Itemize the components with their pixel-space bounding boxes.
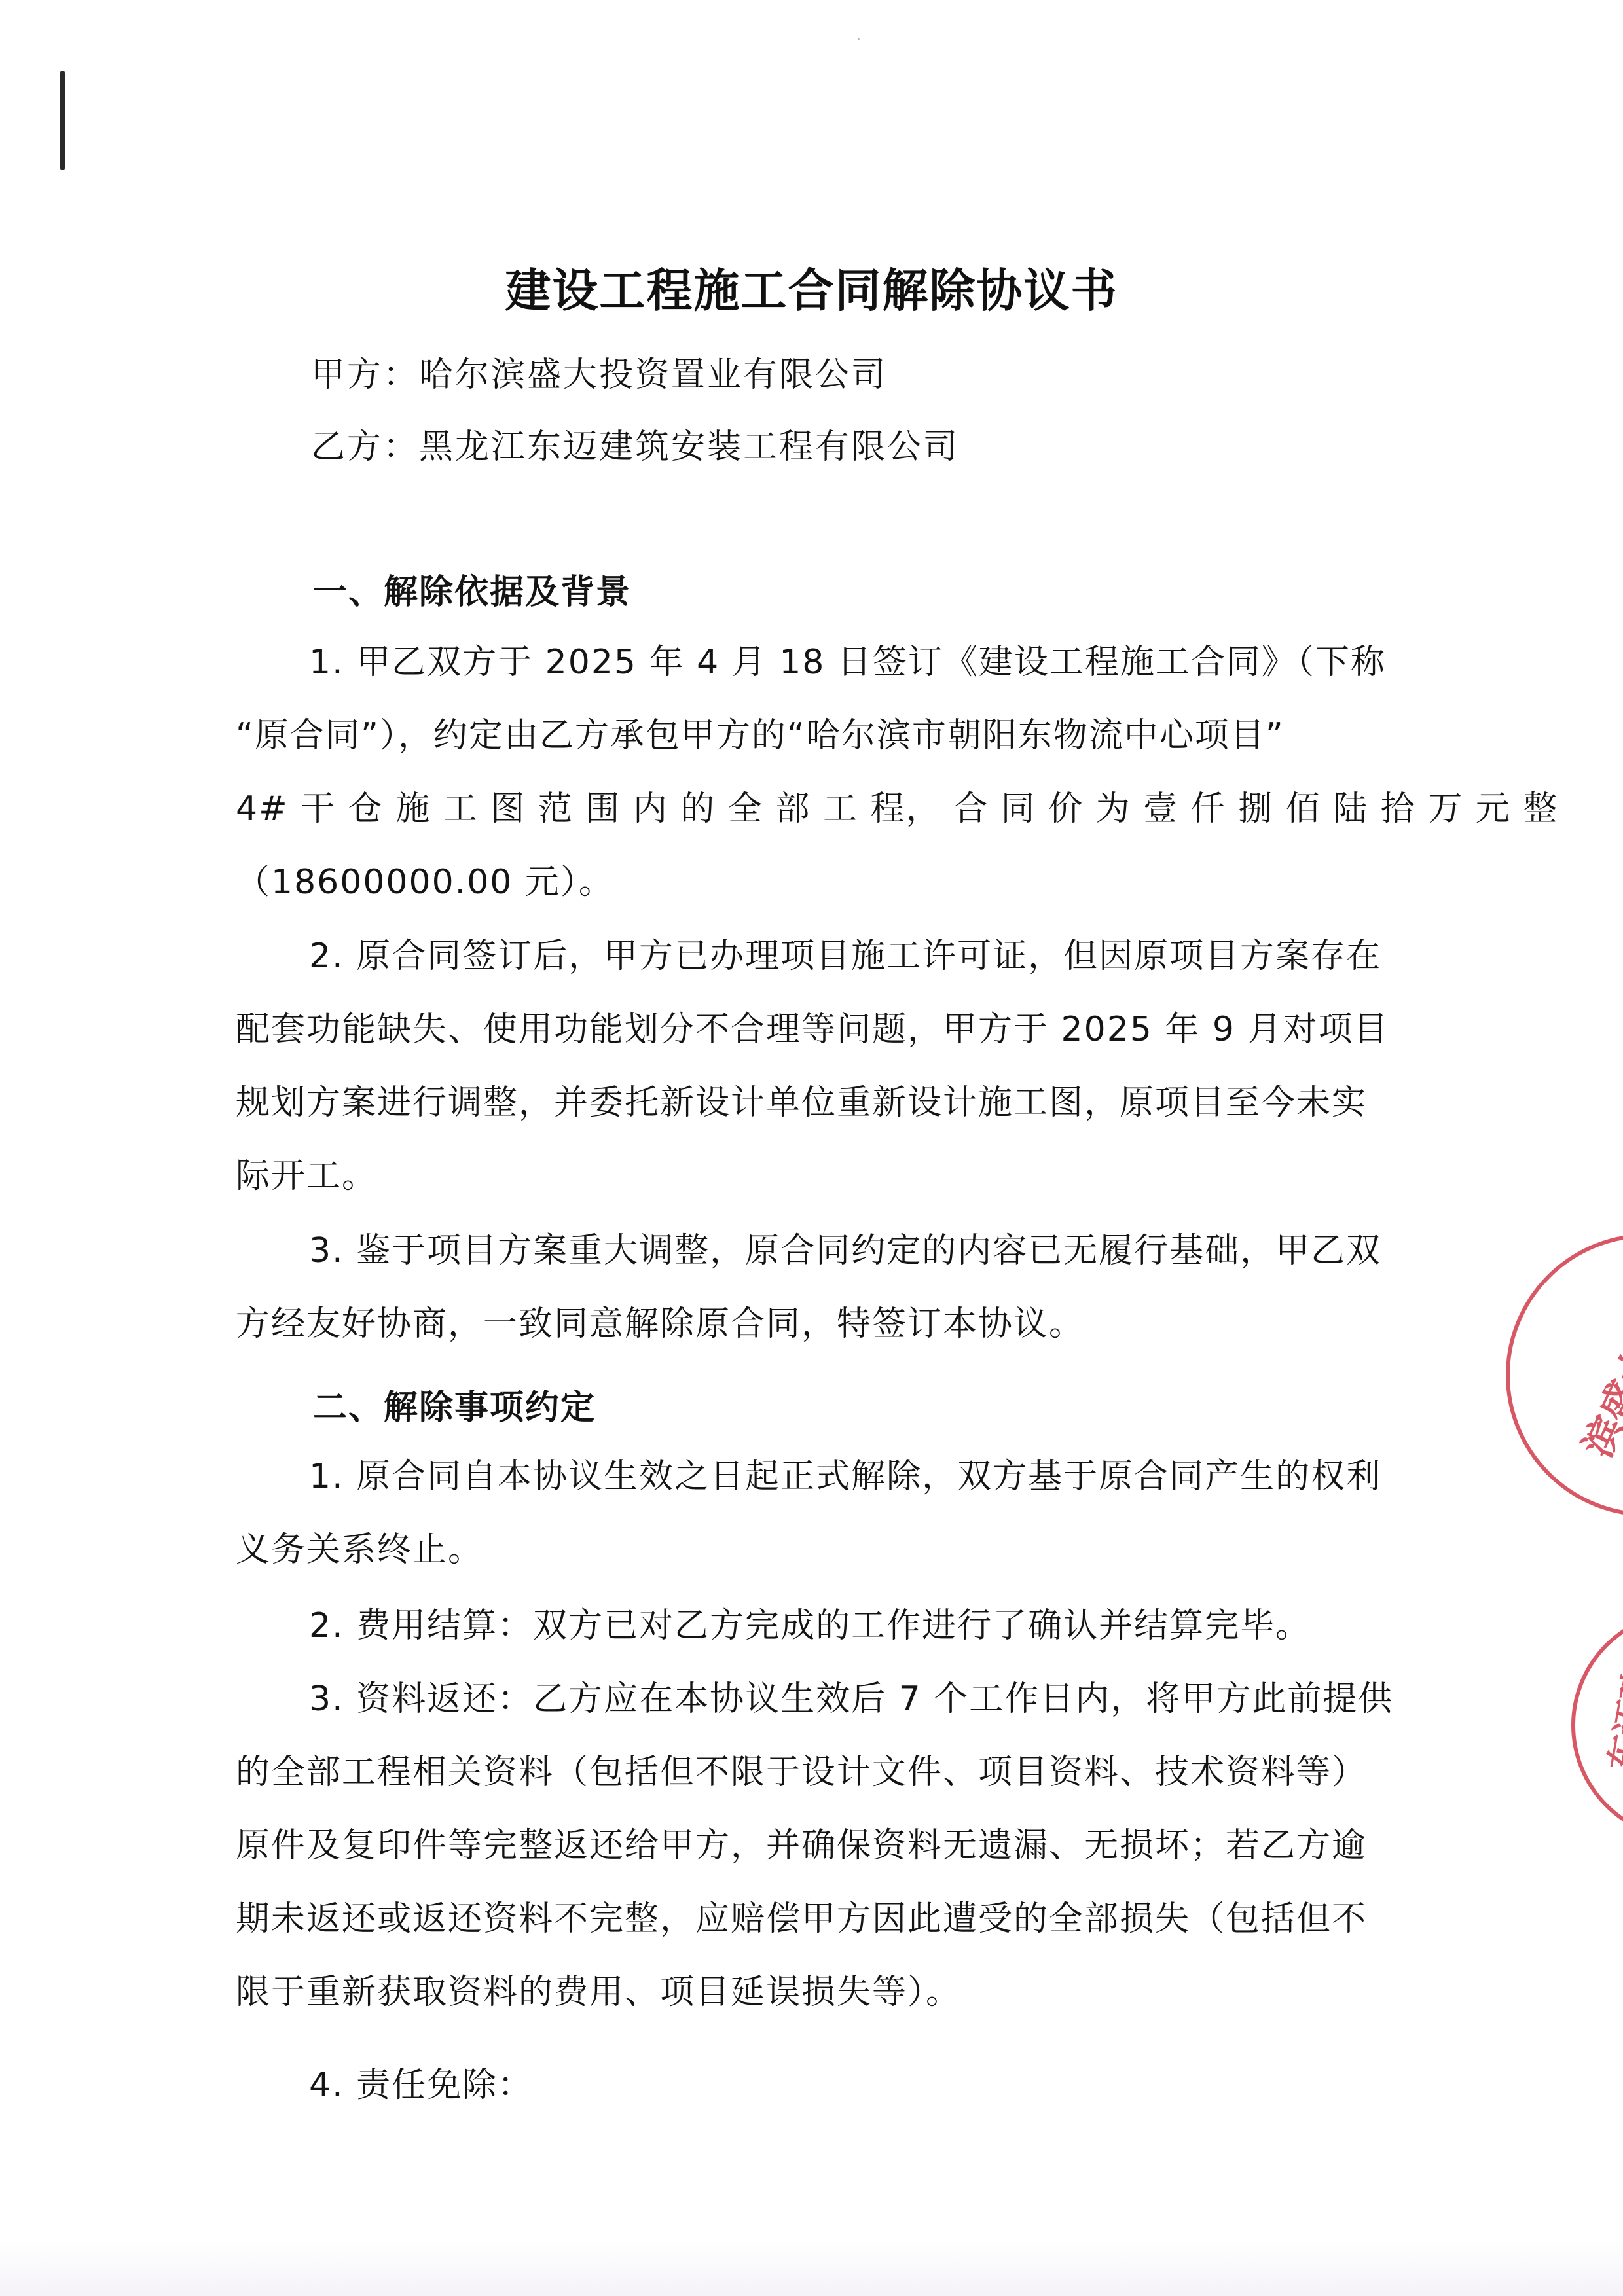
section-heading-2: 二、解除事项约定 [313,1380,596,1429]
section-2-paragraph-1: 1. 原合同自本协议生效之日起正式解除，双方基于原合同产生的权利 义务关系终止。 [236,1440,1480,1587]
paragraph-line: 3. 鉴于项目方案重大调整，原合同约定的内容已无履行基础，甲乙双 [236,1214,1480,1287]
section-2-paragraph-4: 4. 责任免除： [236,2049,1480,2122]
section-1-paragraph-2: 2. 原合同签订后，甲方已办理项目施工许可证，但因原项目方案存在 配套功能缺失、… [236,920,1480,1213]
paragraph-line: 规划方案进行调整，并委托新设计单位重新设计施工图，原项目至今未实 [236,1066,1480,1139]
section-heading-1: 一、解除依据及背景 [313,564,631,613]
seal-text: 滨盛大投资 [1567,1263,1623,1465]
party-b: 乙方：黑龙江东迈建筑安装工程有限公司 [311,419,959,468]
section-2-paragraph-2: 2. 费用结算：双方已对乙方完成的工作进行了确认并结算完毕。 [236,1589,1480,1662]
section-1-paragraph-3: 3. 鉴于项目方案重大调整，原合同约定的内容已无履行基础，甲乙双 方经友好协商，… [236,1214,1480,1361]
paragraph-line: 1. 原合同自本协议生效之日起正式解除，双方基于原合同产生的权利 [236,1440,1480,1513]
document-title: 建设工程施工合同解除协议书 [0,254,1623,320]
paragraph-line: 期未返还或返还资料不完整，应赔偿甲方因此遭受的全部损失（包括但不 [236,1882,1480,1956]
company-seal-party-a: 滨盛大投资 [1506,1234,1623,1516]
company-seal-party-b: 东迈建 [1571,1610,1623,1840]
paragraph-line: 2. 原合同签订后，甲方已办理项目施工许可证，但因原项目方案存在 [236,920,1480,993]
paragraph-line: 的全部工程相关资料（包括但不限于设计文件、项目资料、技术资料等） [236,1736,1480,1809]
paragraph-line: 1. 甲乙双方于 2025 年 4 月 18 日签订《建设工程施工合同》（下称 [236,626,1480,699]
party-a: 甲方：哈尔滨盛大投资置业有限公司 [311,347,887,396]
paragraph-line: 4# 干 仓 施 工 图 范 围 内 的 全 部 工 程， 合 同 价 为 壹 … [236,772,1480,846]
paragraph-line: 方经友好协商，一致同意解除原合同，特签订本协议。 [236,1287,1480,1361]
paragraph-line: （18600000.00 元）。 [236,846,1480,919]
scan-artifact [0,2238,1623,2296]
seal-text: 东迈建 [1594,1661,1623,1774]
paragraph-line: 际开工。 [236,1139,1480,1213]
paragraph-line: 原件及复印件等完整返还给甲方，并确保资料无遗漏、无损坏；若乙方逾 [236,1809,1480,1882]
paragraph-line: 4. 责任免除： [236,2049,1480,2122]
staple-mark [60,71,65,170]
paragraph-line: 3. 资料返还：乙方应在本协议生效后 7 个工作日内，将甲方此前提供 [236,1662,1480,1736]
paragraph-line: “原合同”），约定由乙方承包甲方的“哈尔滨市朝阳东物流中心项目” [236,699,1480,772]
section-2-paragraph-3: 3. 资料返还：乙方应在本协议生效后 7 个工作日内，将甲方此前提供 的全部工程… [236,1662,1480,2029]
paragraph-line: 配套功能缺失、使用功能划分不合理等问题，甲方于 2025 年 9 月对项目 [236,993,1480,1066]
section-1-paragraph-1: 1. 甲乙双方于 2025 年 4 月 18 日签订《建设工程施工合同》（下称 … [236,626,1480,919]
paragraph-line: 限于重新获取资料的费用、项目延误损失等）。 [236,1956,1480,2029]
paragraph-line: 2. 费用结算：双方已对乙方完成的工作进行了确认并结算完毕。 [236,1589,1480,1662]
paragraph-line: 义务关系终止。 [236,1513,1480,1587]
scan-speck [858,38,860,40]
